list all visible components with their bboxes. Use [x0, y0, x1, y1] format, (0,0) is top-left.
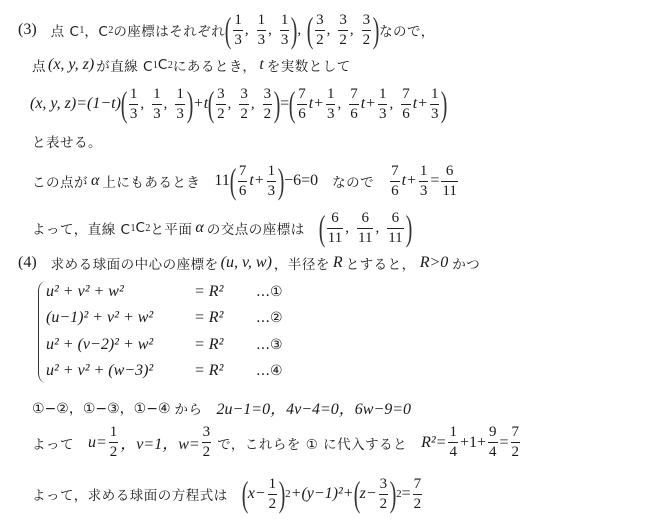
equation-3: u² + (v−2)² + w²= R²…③	[46, 336, 283, 354]
part4-label: (4)	[18, 254, 37, 272]
c1-z: 13	[280, 13, 290, 48]
point-xyz: (x, y, z)	[48, 56, 94, 74]
difference-line: ①−②，①−③，①−④ から 2u−1=0，4v−4=0，6w−9=0	[32, 396, 411, 419]
equation-1: u² + v² + w²= R²…①	[46, 283, 283, 301]
part3-line1: (3) 点 C1 ，C2 の座標はそれぞれ ( 13, 13, 13 ), ( …	[18, 12, 435, 48]
c1-y: 13	[257, 13, 267, 48]
parametric-equation: (x, y, z)=(1−t) ( 13, 13, 13 ) +t ( 32, …	[30, 86, 447, 122]
part4-line1: (4) 求める球面の中心の座標を (u, v, w) ，半径を R とすると， …	[18, 253, 480, 273]
c2-z: 32	[362, 13, 372, 48]
part3-line6: よって，直線 C1 C2 と平面 α の交点の座標は ( 611, 611, 6…	[32, 210, 412, 246]
final-sphere-equation: よって，求める球面の方程式は (x− 12 )2 +(y−1)²+ (z− 32…	[32, 476, 424, 512]
c2-x: 32	[315, 13, 325, 48]
c1-x: 13	[233, 13, 243, 48]
part3-line4: と表せる。	[32, 131, 102, 151]
c2-y: 32	[338, 13, 348, 48]
equation-2: (u−1)² + v² + w²= R²…②	[46, 309, 283, 327]
part3-line5: この点が α 上にもあるとき 11 ( 76t+ 13 ) −6=0 なので 7…	[32, 163, 460, 199]
solution-line: よって u= 12 ，v=1，w= 32 で，これらを ① に代入すると R²=…	[32, 425, 522, 460]
part3-line2: 点 (x, y, z) が直線 C1 C2 にあるとき， t を実数として	[32, 55, 351, 75]
equation-4: u² + v² + (w−3)²= R²…④	[46, 362, 283, 380]
part3-label: (3)	[18, 21, 37, 39]
